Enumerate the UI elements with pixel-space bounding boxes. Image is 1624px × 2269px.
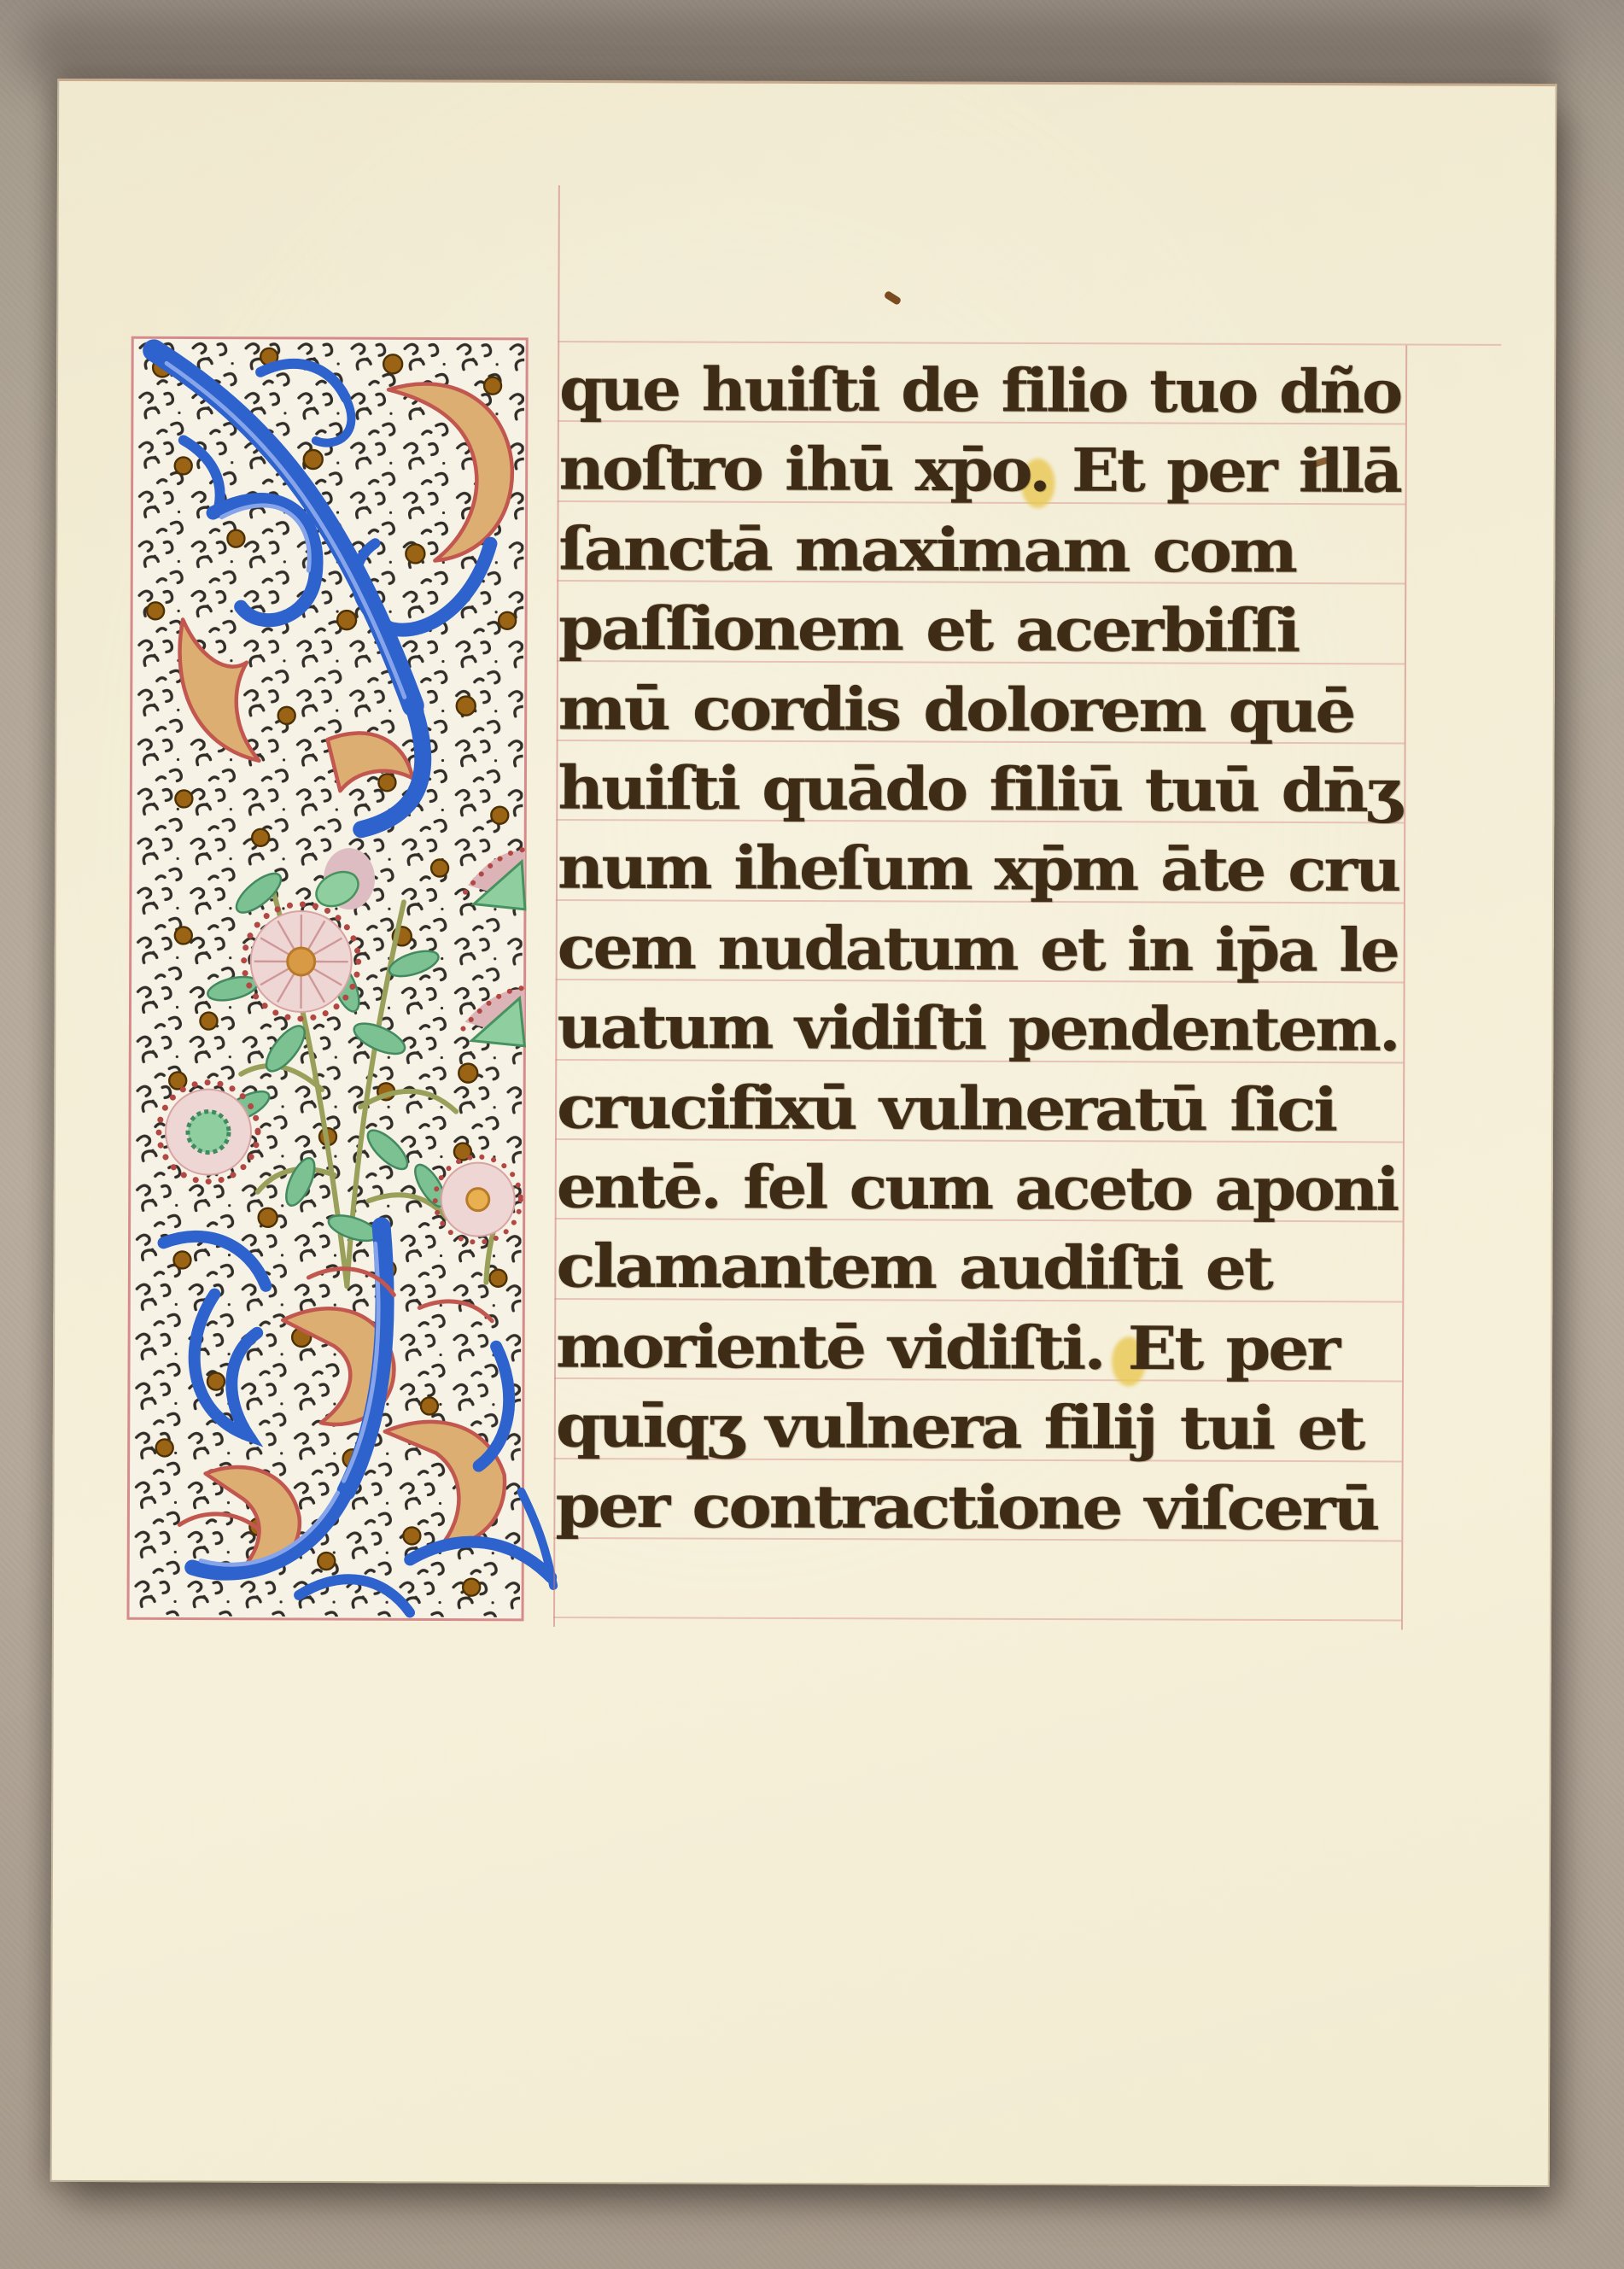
- illuminated-border-panel: [128, 337, 527, 1620]
- text-line-7: num iheſum xp̄m āte cru: [558, 827, 1399, 912]
- ink-fleck: [884, 290, 903, 306]
- text-line-1: que huiſti de filio tuo dño: [559, 348, 1401, 434]
- ruled-line: [558, 341, 1501, 346]
- text-line-5: mū cordis dolorem quē: [558, 667, 1354, 752]
- text-line-14: quīqʒ vulnera filij tui et: [556, 1385, 1364, 1471]
- text-line-15: per contractione viſcerū: [555, 1465, 1377, 1550]
- text-line-9: uatum vidiſti pendentem.: [557, 986, 1399, 1072]
- text-line-10: crucifixū vulneratū ſici: [557, 1066, 1335, 1151]
- text-line-2: noſtro ihū xp̄o. Et per illā: [559, 428, 1401, 513]
- mat-shadow: [26, 15, 1563, 88]
- photograph-of-manuscript: que huiſti de filio tuo dñonoſtro ihū xp…: [0, 0, 1624, 2269]
- manuscript-leaf: que huiſti de filio tuo dñonoſtro ihū xp…: [50, 79, 1557, 2187]
- text-line-12: clamantem audiſti et: [556, 1225, 1271, 1310]
- text-line-3: ſanctā maximam com: [558, 508, 1295, 593]
- green-center-rosette: [159, 1082, 258, 1181]
- text-line-8: cem nudatum et in ip̄a le: [558, 907, 1398, 992]
- text-line-6: huiſti quādo filiū tuū dn̄ʒ: [558, 747, 1399, 833]
- text-line-4: paſſionem et acerbiſſi: [558, 588, 1299, 672]
- text-line-13: morientē vidiſti. Et per: [556, 1306, 1338, 1391]
- text-line-11: entē. fel cum aceto aponi: [557, 1146, 1398, 1231]
- gothic-text-block: que huiſti de filio tuo dñonoſtro ihū xp…: [555, 346, 1413, 1681]
